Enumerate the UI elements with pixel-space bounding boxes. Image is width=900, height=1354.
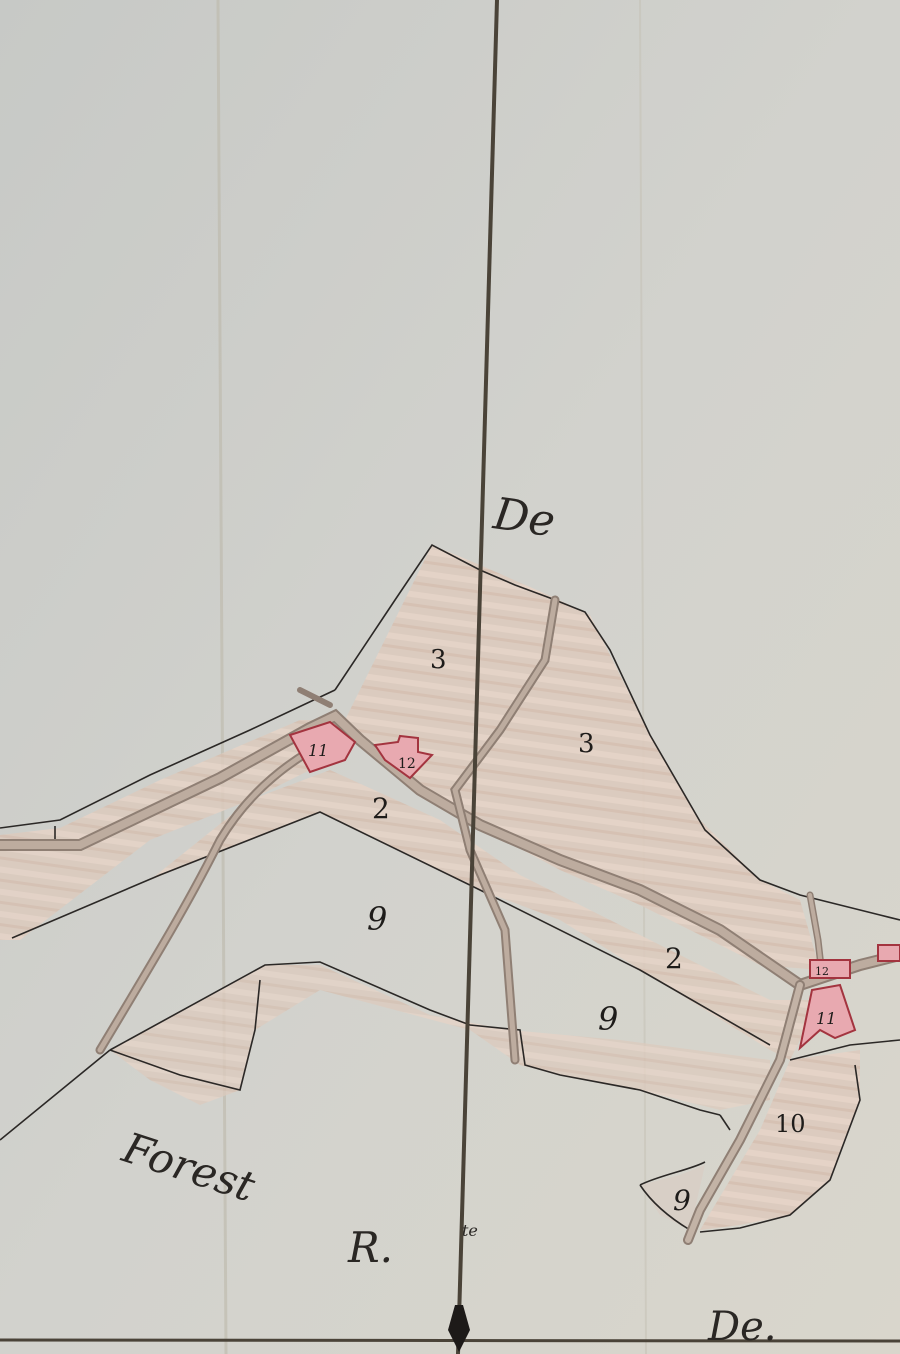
parcel-label: 2 [665, 942, 683, 975]
building-label: 12 [398, 756, 416, 772]
building-label: 12 [815, 965, 829, 978]
building-label: 11 [308, 741, 328, 760]
ditto-mark-top: De [489, 488, 558, 547]
ditto-mark-bottom: De. [707, 1304, 776, 1350]
parcel-label: 9 [673, 1184, 691, 1217]
cadastral-map: 3 3 2 2 9 9 10 9 11 12 11 12 De Forest R… [0, 0, 900, 1354]
road-label: R. [347, 1223, 393, 1272]
parcel-label: 10 [775, 1110, 806, 1138]
building-edge-right [878, 945, 900, 961]
parcel-label: 2 [372, 792, 390, 825]
parcel-label: 3 [578, 729, 595, 759]
road-label-suffix: te [462, 1221, 478, 1240]
parcel-label: 9 [598, 1000, 618, 1038]
parcel-label: 3 [430, 645, 447, 675]
building-label: 11 [816, 1009, 836, 1028]
parcel-label: 9 [367, 900, 387, 938]
